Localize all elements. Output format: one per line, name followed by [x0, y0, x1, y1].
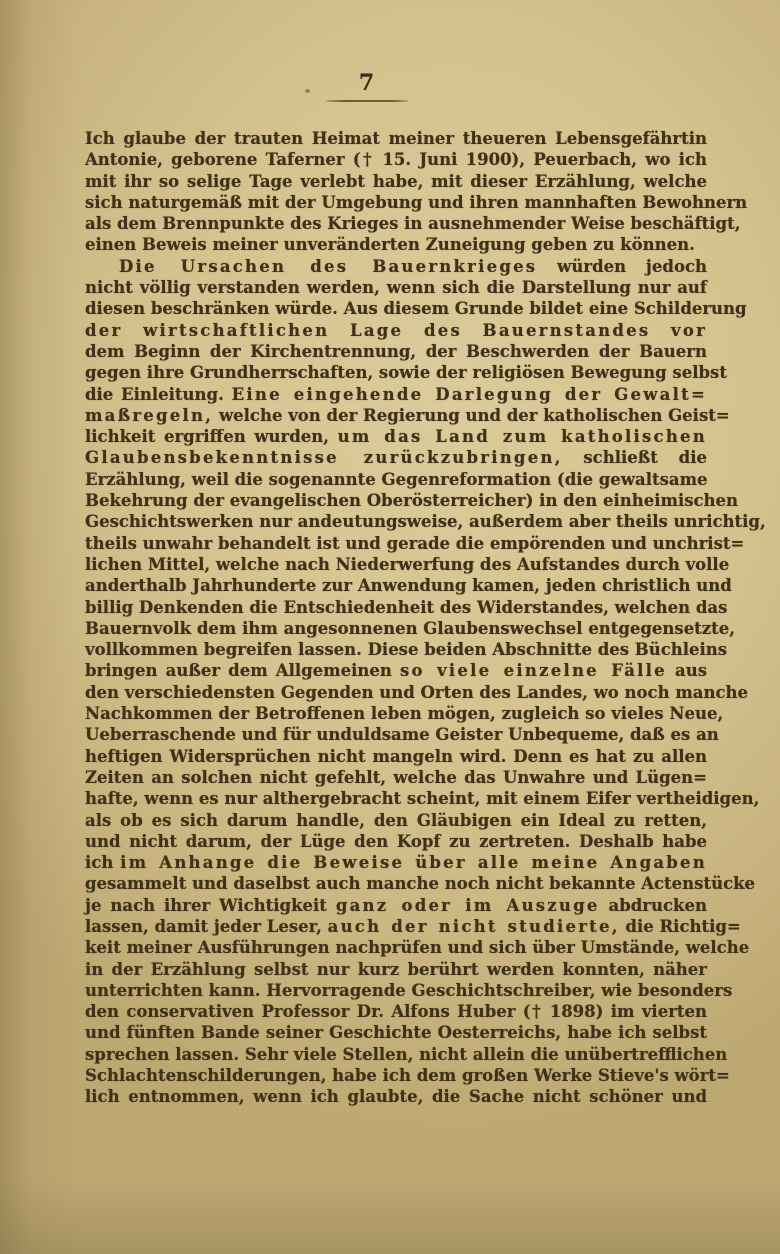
- text-line: mit ihr so selige Tage verlebt habe, mit…: [85, 171, 707, 192]
- text-line: lichen Mittel, welche nach Niederwerfung…: [85, 554, 707, 575]
- text-line: gegen ihre Grundherrschaften, sowie der …: [85, 362, 707, 383]
- text-line: die Einleitung. Eine eingehende Darlegun…: [85, 384, 707, 405]
- letterspaced-text: auch der nicht studierte,: [328, 917, 620, 936]
- text-segment: heftigen Widersprüchen nicht mangeln wir…: [85, 747, 707, 766]
- text-line: sprechen lassen. Sehr viele Stellen, nic…: [85, 1044, 707, 1065]
- text-line: Zeiten an solchen nicht gefehlt, welche …: [85, 767, 707, 788]
- page-number: 7: [56, 70, 678, 96]
- text-segment: Bauernvolk dem ihm angesonnenen Glaubens…: [85, 619, 735, 638]
- text-line: Die Ursachen des Bauernkrieges würden je…: [85, 256, 707, 277]
- text-line: Bekehrung der evangelischen Oberösterrei…: [85, 490, 707, 511]
- text-line: ich im Anhange die Beweise über alle mei…: [85, 852, 707, 873]
- letterspaced-text: maßregeln,: [85, 406, 213, 425]
- text-segment: in der Erzählung selbst nur kurz berührt…: [85, 960, 707, 979]
- letterspaced-text: Eine eingehende Darlegung der Gewalt=: [232, 385, 707, 404]
- text-line: und nicht darum, der Lüge den Kopf zu ze…: [85, 831, 707, 852]
- text-segment: und nicht darum, der Lüge den Kopf zu ze…: [85, 832, 707, 851]
- text-segment: Schlachtenschilderungen, habe ich dem gr…: [85, 1066, 730, 1085]
- text-segment: billig Denkenden die Entschiedenheit des…: [85, 598, 727, 617]
- text-segment: Ueberraschende und für unduldsame Geiste…: [85, 725, 719, 744]
- text-segment: sich naturgemäß mit der Umgebung und ihr…: [85, 193, 747, 212]
- text-line: Nachkommen der Betroffenen leben mögen, …: [85, 703, 707, 724]
- text-segment: Bekehrung der evangelischen Oberösterrei…: [85, 491, 738, 510]
- letterspaced-text: Glaubensbekenntnisse zurückzubringen,: [85, 448, 563, 467]
- text-segment: bringen außer dem Allgemeinen: [85, 661, 400, 680]
- text-line: lassen, damit jeder Leser, auch der nich…: [85, 916, 707, 937]
- text-line: als dem Brennpunkte des Krieges in ausne…: [85, 213, 707, 234]
- letterspaced-text: der wirtschaftlichen Lage des Bauernstan…: [85, 321, 707, 340]
- text-segment: ich: [85, 853, 120, 872]
- letterspaced-text: im Anhange die Beweise über alle meine A…: [120, 853, 707, 872]
- text-line: sich naturgemäß mit der Umgebung und ihr…: [85, 192, 707, 213]
- text-line: einen Beweis meiner unveränderten Zuneig…: [85, 234, 707, 255]
- text-segment: schließt die: [563, 448, 707, 467]
- text-segment: lichkeit ergriffen wurden,: [85, 427, 338, 446]
- text-line: nicht völlig verstanden werden, wenn sic…: [85, 277, 707, 298]
- text-segment: anderthalb Jahrhunderte zur Anwendung ka…: [85, 576, 732, 595]
- text-segment: den verschiedensten Gegenden und Orten d…: [85, 683, 748, 702]
- text-line: in der Erzählung selbst nur kurz berührt…: [85, 959, 707, 980]
- text-segment: die Richtig=: [620, 917, 741, 936]
- text-segment: sprechen lassen. Sehr viele Stellen, nic…: [85, 1045, 727, 1064]
- body-text: Ich glaube der trauten Heimat meiner the…: [85, 128, 707, 1108]
- text-segment: würden jedoch: [537, 257, 707, 276]
- text-line: den verschiedensten Gegenden und Orten d…: [85, 682, 707, 703]
- text-line: anderthalb Jahrhunderte zur Anwendung ka…: [85, 575, 707, 596]
- text-segment: als ob es sich darum handle, den Gläubig…: [85, 811, 707, 830]
- text-line: Glaubensbekenntnisse zurückzubringen, sc…: [85, 447, 707, 468]
- text-segment: Ich glaube der trauten Heimat meiner the…: [85, 129, 707, 148]
- letterspaced-text: so viele einzelne Fälle: [400, 661, 667, 680]
- page-header: 7: [56, 70, 678, 102]
- text-segment: einen Beweis meiner unveränderten Zuneig…: [85, 235, 695, 254]
- text-line: den conservativen Professor Dr. Alfons H…: [85, 1001, 707, 1022]
- text-line: Ueberraschende und für unduldsame Geiste…: [85, 724, 707, 745]
- text-segment: abdrucken: [600, 896, 707, 915]
- text-line: Schlachtenschilderungen, habe ich dem gr…: [85, 1065, 707, 1086]
- page-number-rule: [326, 100, 408, 102]
- letterspaced-text: ganz oder im Auszuge: [336, 896, 600, 915]
- text-segment: vollkommen begreifen lassen. Diese beide…: [85, 640, 727, 659]
- text-line: bringen außer dem Allgemeinen so viele e…: [85, 660, 707, 681]
- text-segment: lich entnommen, wenn ich glaubte, die Sa…: [85, 1087, 707, 1106]
- text-segment: welche von der Regierung und der katholi…: [213, 406, 729, 425]
- text-segment: hafte, wenn es nur althergebracht schein…: [85, 789, 759, 808]
- page-scan: 7 Ich glaube der trauten Heimat meiner t…: [0, 0, 780, 1254]
- text-segment: mit ihr so selige Tage verlebt habe, mit…: [85, 172, 707, 191]
- text-segment: dem Beginn der Kirchentrennung, der Besc…: [85, 342, 707, 361]
- text-line: der wirtschaftlichen Lage des Bauernstan…: [85, 320, 707, 341]
- text-segment: aus: [667, 661, 707, 680]
- text-segment: Nachkommen der Betroffenen leben mögen, …: [85, 704, 723, 723]
- letterspaced-text: Die Ursachen des Bauernkrieges: [85, 257, 537, 276]
- text-line: vollkommen begreifen lassen. Diese beide…: [85, 639, 707, 660]
- text-line: keit meiner Ausführungen nachprüfen und …: [85, 937, 707, 958]
- text-line: Antonie, geborene Taferner († 15. Juni 1…: [85, 149, 707, 170]
- text-segment: Zeiten an solchen nicht gefehlt, welche …: [85, 768, 707, 787]
- text-segment: Geschichtswerken nur andeutungsweise, au…: [85, 512, 766, 531]
- text-line: dem Beginn der Kirchentrennung, der Besc…: [85, 341, 707, 362]
- text-segment: gesammelt und daselbst auch manche noch …: [85, 874, 755, 893]
- text-segment: lichen Mittel, welche nach Niederwerfung…: [85, 555, 729, 574]
- text-line: hafte, wenn es nur althergebracht schein…: [85, 788, 707, 809]
- text-segment: nicht völlig verstanden werden, wenn sic…: [85, 278, 707, 297]
- text-line: Ich glaube der trauten Heimat meiner the…: [85, 128, 707, 149]
- text-line: theils unwahr behandelt ist und gerade d…: [85, 533, 707, 554]
- text-line: billig Denkenden die Entschiedenheit des…: [85, 597, 707, 618]
- text-segment: keit meiner Ausführungen nachprüfen und …: [85, 938, 749, 957]
- text-segment: lassen, damit jeder Leser,: [85, 917, 328, 936]
- text-segment: die Einleitung.: [85, 385, 232, 404]
- text-segment: den conservativen Professor Dr. Alfons H…: [85, 1002, 707, 1021]
- text-segment: unterrichten kann. Hervorragende Geschic…: [85, 981, 732, 1000]
- text-line: unterrichten kann. Hervorragende Geschic…: [85, 980, 707, 1001]
- text-line: heftigen Widersprüchen nicht mangeln wir…: [85, 746, 707, 767]
- text-line: gesammelt und daselbst auch manche noch …: [85, 873, 707, 894]
- text-segment: theils unwahr behandelt ist und gerade d…: [85, 534, 744, 553]
- text-segment: und fünften Bande seiner Geschichte Oest…: [85, 1023, 707, 1042]
- text-segment: als dem Brennpunkte des Krieges in ausne…: [85, 214, 740, 233]
- text-line: Erzählung, weil die sogenannte Gegenrefo…: [85, 469, 707, 490]
- text-line: Bauernvolk dem ihm angesonnenen Glaubens…: [85, 618, 707, 639]
- text-line: als ob es sich darum handle, den Gläubig…: [85, 810, 707, 831]
- text-segment: gegen ihre Grundherrschaften, sowie der …: [85, 363, 727, 382]
- text-segment: Erzählung, weil die sogenannte Gegenrefo…: [85, 470, 708, 489]
- text-line: lich entnommen, wenn ich glaubte, die Sa…: [85, 1086, 707, 1107]
- text-line: je nach ihrer Wichtigkeit ganz oder im A…: [85, 895, 707, 916]
- text-segment: je nach ihrer Wichtigkeit: [85, 896, 336, 915]
- text-line: maßregeln, welche von der Regierung und …: [85, 405, 707, 426]
- text-line: und fünften Bande seiner Geschichte Oest…: [85, 1022, 707, 1043]
- text-segment: Antonie, geborene Taferner († 15. Juni 1…: [85, 150, 707, 169]
- text-segment: diesen beschränken würde. Aus diesem Gru…: [85, 299, 747, 318]
- letterspaced-text: um das Land zum katholischen: [338, 427, 707, 446]
- text-line: lichkeit ergriffen wurden, um das Land z…: [85, 426, 707, 447]
- text-line: Geschichtswerken nur andeutungsweise, au…: [85, 511, 707, 532]
- text-line: diesen beschränken würde. Aus diesem Gru…: [85, 298, 707, 319]
